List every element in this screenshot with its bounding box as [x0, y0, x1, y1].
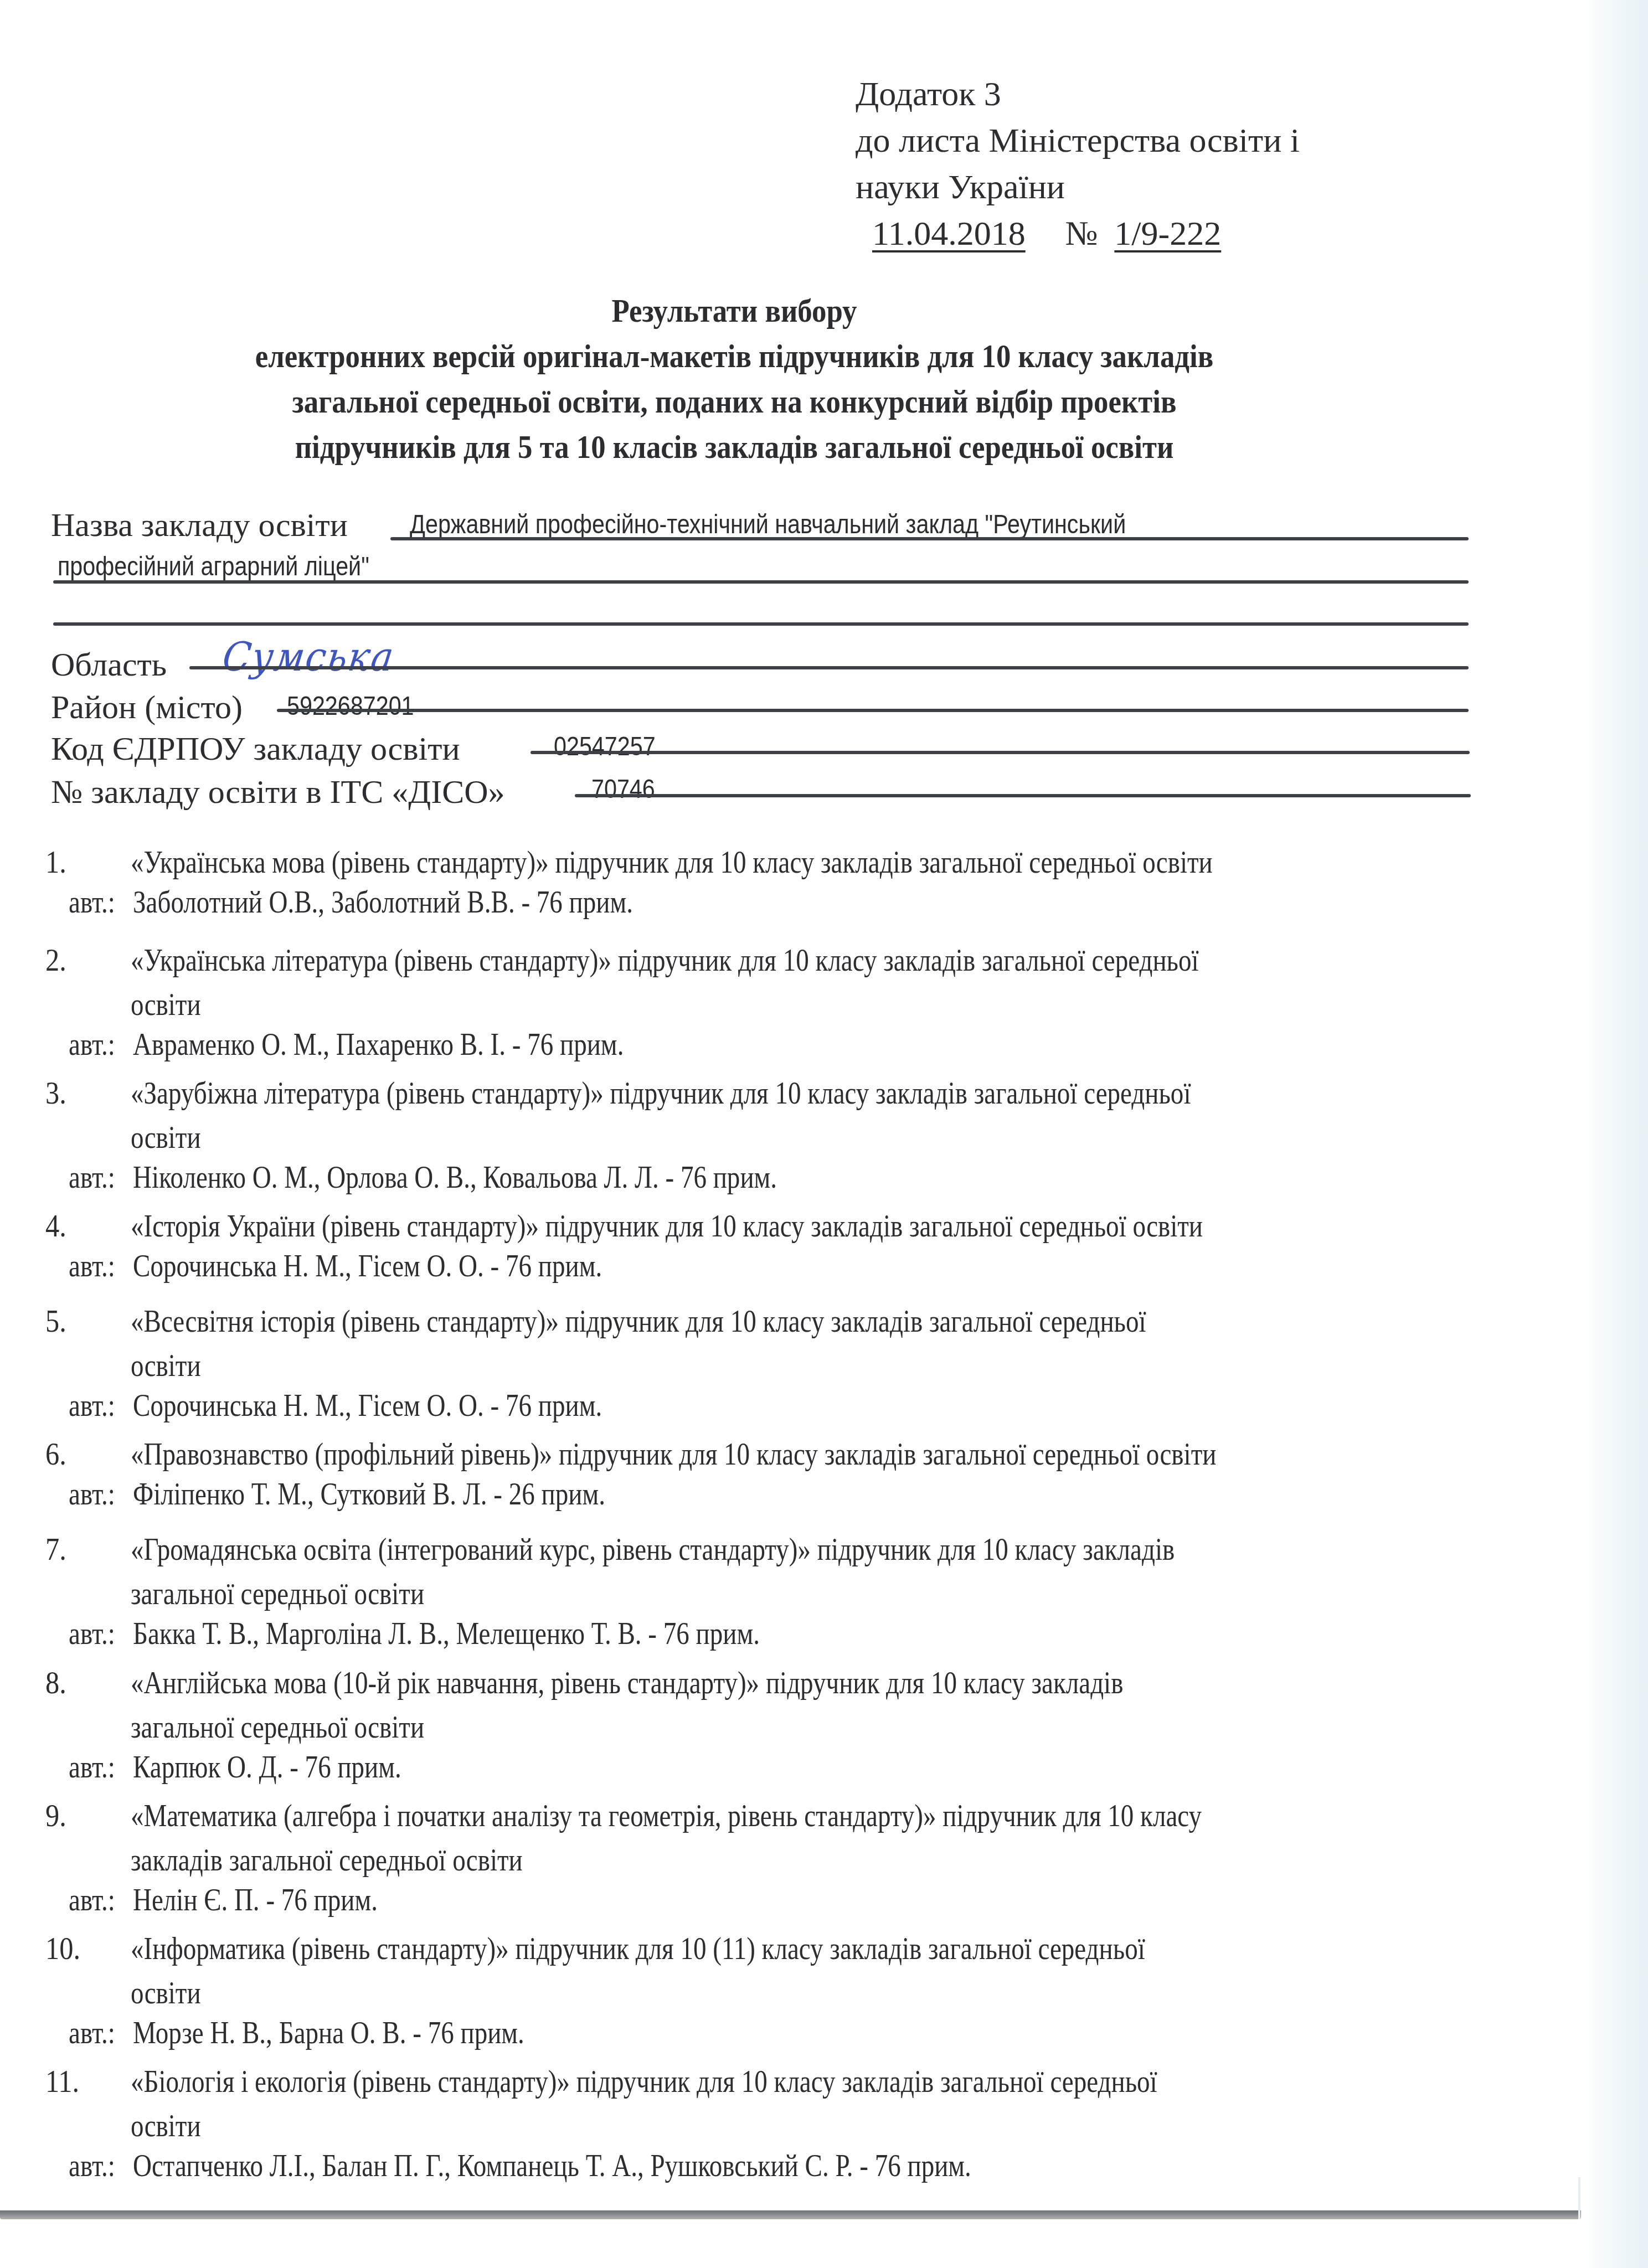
textbook-title-line: освіти: [131, 988, 201, 1022]
textbook-title-line: освіти: [131, 1977, 201, 2010]
diso-value: 70746: [591, 776, 655, 803]
textbook-title-line: «Англійська мова (10-й рік навчання, рів…: [131, 1667, 1123, 1700]
list-item-number: 2.: [45, 944, 66, 977]
institution-underline-3: [53, 622, 1469, 626]
title-line-1: Результати вибору: [88, 288, 1381, 333]
textbook-title-line: «Громадянська освіта (інтегрований курс,…: [131, 1533, 1175, 1566]
annex-header: Додаток 3 до листа Міністерства освіти і…: [856, 71, 1300, 257]
textbook-title-line: освіти: [131, 1121, 201, 1154]
district-label: Район (місто): [51, 690, 243, 724]
list-item-number: 1.: [45, 846, 66, 879]
annex-line-2: до листа Міністерства освіти і: [856, 117, 1300, 164]
district-value: 5922687201: [287, 693, 414, 720]
textbook-title-line: «Історія України (рівень стандарту)» під…: [131, 1210, 1203, 1243]
list-item-number: 6.: [45, 1438, 66, 1471]
textbook-title-line: «Біологія і екологія (рівень стандарту)»…: [131, 2065, 1157, 2099]
textbook-authors: Остапченко Л.І., Балан П. Г., Компанець …: [133, 2150, 971, 2183]
region-label: Область: [51, 648, 167, 681]
textbook-authors: Нелін Є. П. - 76 прим.: [133, 1884, 378, 1917]
edrpou-label: Код ЄДРПОУ закладу освіти: [51, 732, 460, 765]
document-title: Результати вибору електронних версій ори…: [88, 288, 1381, 470]
list-item-number: 3.: [45, 1077, 66, 1110]
author-prefix: авт.:: [69, 2017, 115, 2050]
textbook-title-line: закладів загальної середньої освіти: [131, 1844, 523, 1877]
annex-line-3: науки України: [856, 164, 1300, 210]
textbook-title-line: «Інформатика (рівень стандарту)» підручн…: [131, 1932, 1145, 1966]
list-item-number: 8.: [45, 1667, 66, 1700]
institution-value-line-1: Державний професійно-технічний навчальни…: [410, 512, 1126, 538]
title-line-3: загальної середньої освіти, поданих на к…: [88, 379, 1381, 424]
diso-underline: [575, 794, 1471, 797]
textbook-authors: Філіпенко Т. М., Сутковий В. Л. - 26 при…: [133, 1478, 605, 1511]
author-prefix: авт.:: [69, 886, 115, 919]
textbook-authors: Заболотний О.В., Заболотний В.В. - 76 пр…: [133, 886, 633, 919]
textbook-title-line: загальної середньої освіти: [131, 1711, 424, 1744]
textbook-title-line: «Правознавство (профільний рівень)» підр…: [131, 1438, 1216, 1471]
district-underline: [277, 709, 1469, 712]
textbook-title-line: «Українська мова (рівень стандарту)» під…: [131, 846, 1213, 879]
author-prefix: авт.:: [69, 1751, 115, 1784]
annex-number-sign: №: [1065, 210, 1098, 257]
textbook-title-line: загальної середньої освіти: [131, 1578, 424, 1611]
institution-label: Назва закладу освіти: [51, 508, 348, 542]
annex-line-1: Додаток 3: [856, 71, 1300, 117]
region-value-handwritten: Сумська: [220, 637, 396, 677]
diso-label: № закладу освіти в ІТС «ДІСО»: [51, 775, 505, 808]
textbook-authors: Морзе Н. В., Барна О. В. - 76 прим.: [133, 2017, 524, 2050]
scan-edge-shadow: [1589, 0, 1648, 2268]
institution-value-line-2: професійний аграрний ліцей": [58, 554, 369, 580]
author-prefix: авт.:: [69, 1389, 115, 1422]
textbook-title-line: «Математика (алгебра і початки аналізу т…: [131, 1800, 1202, 1833]
edrpou-underline: [531, 751, 1470, 754]
textbook-title-line: «Українська література (рівень стандарту…: [131, 944, 1199, 977]
textbook-authors: Авраменко О. М., Пахаренко В. І. - 76 пр…: [133, 1028, 624, 1061]
textbook-title-line: освіти: [131, 1349, 201, 1383]
region-underline: [189, 666, 1469, 669]
title-line-2: електронних версій оригінал-макетів підр…: [88, 333, 1381, 379]
textbook-authors: Бакка Т. В., Марголіна Л. В., Мелещенко …: [133, 1617, 760, 1651]
author-prefix: авт.:: [69, 2150, 115, 2183]
textbook-authors: Карпюк О. Д. - 76 прим.: [133, 1751, 401, 1784]
author-prefix: авт.:: [69, 1028, 115, 1061]
textbook-authors: Сорочинська Н. М., Гісем О. О. - 76 прим…: [133, 1250, 602, 1283]
page-bottom-edge: [0, 2210, 1581, 2219]
textbook-title-line: освіти: [131, 2110, 201, 2143]
author-prefix: авт.:: [69, 1884, 115, 1917]
edrpou-value: 02547257: [554, 734, 656, 760]
annex-reference: 11.04.2018 №1/9-222: [856, 210, 1300, 257]
textbook-title-line: «Всесвітня історія (рівень стандарту)» п…: [131, 1305, 1146, 1338]
textbook-authors: Ніколенко О. М., Орлова О. В., Ковальова…: [133, 1161, 777, 1194]
institution-underline-1: [390, 537, 1469, 540]
textbook-title-line: «Зарубіжна література (рівень стандарту)…: [131, 1077, 1191, 1110]
list-item-number: 9.: [45, 1800, 66, 1833]
list-item-number: 7.: [45, 1533, 66, 1566]
annex-number: 1/9-222: [1098, 210, 1254, 257]
author-prefix: авт.:: [69, 1250, 115, 1283]
institution-underline-2: [53, 580, 1469, 584]
title-line-4: підручників для 5 та 10 класів закладів …: [88, 424, 1381, 470]
author-prefix: авт.:: [69, 1478, 115, 1511]
list-item-number: 4.: [45, 1210, 66, 1243]
list-item-number: 5.: [45, 1305, 66, 1338]
list-item-number: 11.: [45, 2065, 79, 2099]
author-prefix: авт.:: [69, 1617, 115, 1651]
author-prefix: авт.:: [69, 1161, 115, 1194]
annex-date: 11.04.2018: [856, 210, 1042, 257]
list-item-number: 10.: [45, 1932, 80, 1966]
textbook-authors: Сорочинська Н. М., Гісем О. О. - 76 прим…: [133, 1389, 602, 1422]
